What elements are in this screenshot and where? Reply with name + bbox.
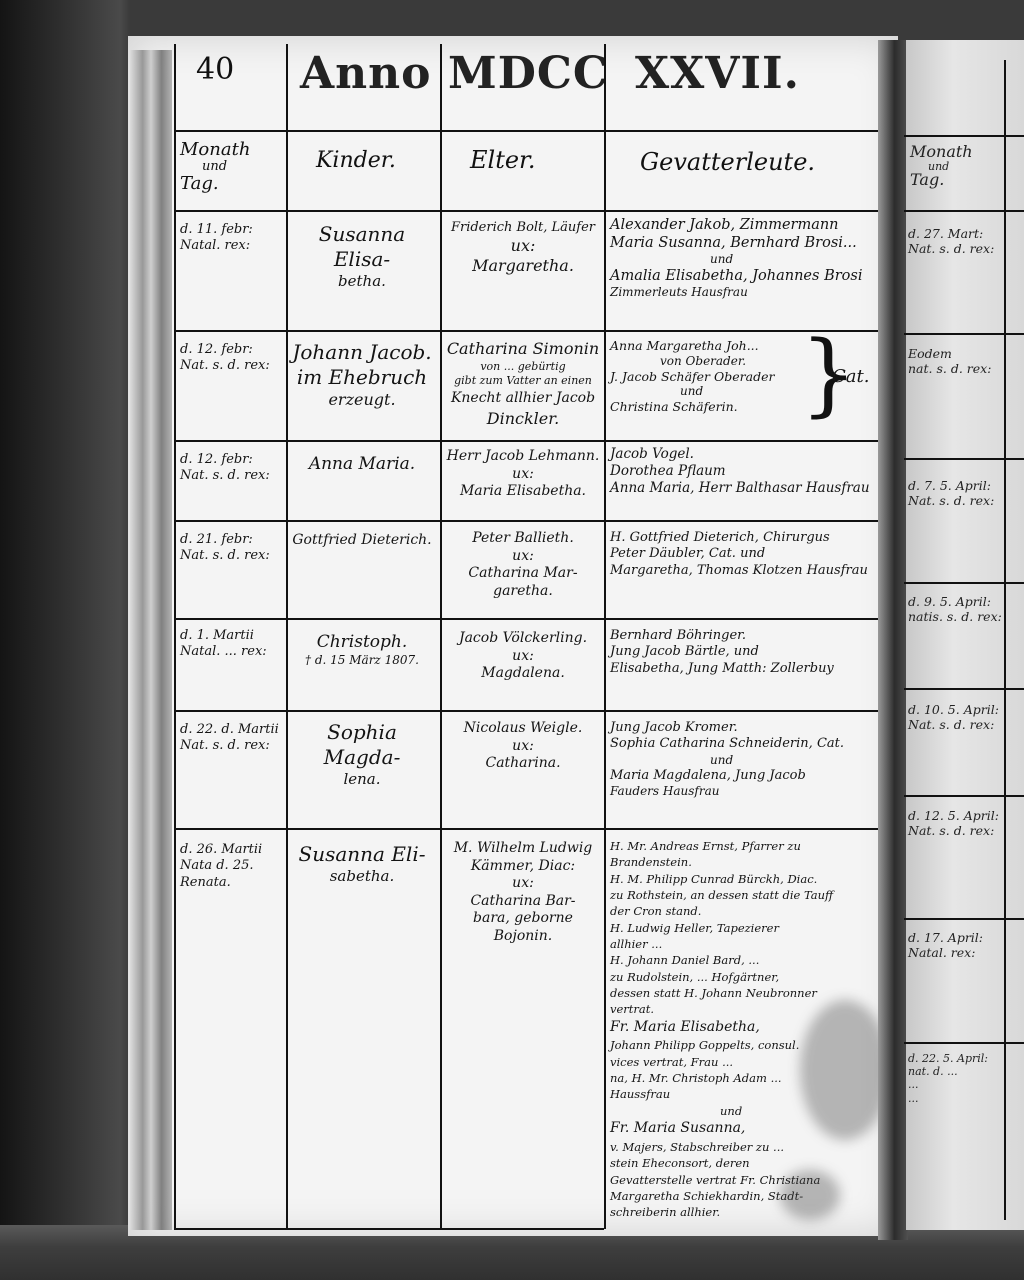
child-line: erzeugt. [292, 390, 432, 410]
entry-2-godparents: Anna Margaretha Joh... von Oberader. J. … [610, 338, 810, 415]
facing-date-2: Eodem nat. s. d. rex: [908, 346, 991, 376]
entry-1-child: Susanna Elisa- betha. [292, 222, 432, 291]
godparent-line: allhier ... [610, 936, 882, 952]
entry-2-parents: Catharina Simonin von ... gebürtig gibt … [444, 338, 602, 430]
facing-date-line: d. 12. 5. April: [908, 808, 999, 823]
facing-grid-row-line [904, 458, 1024, 460]
godparent-line: Anna Maria, Herr Balthasar Hausfrau [610, 480, 882, 497]
parent-line: Jacob Völckerling. [444, 630, 602, 648]
entry-3-godparents: Jacob Vogel. Dorothea Pflaum Anna Maria,… [610, 446, 882, 497]
date-line: d. 12. febr: [180, 342, 270, 358]
entry-4-date: d. 21. febr: Nat. s. d. rex: [180, 532, 270, 565]
facing-date-5: d. 10. 5. April: Nat. s. d. rex: [908, 702, 999, 732]
godparent-line: und [610, 252, 882, 267]
col-header-parents: Elter. [470, 146, 536, 174]
entry-5-child: Christoph. † d. 15 März 1807. [292, 632, 432, 668]
godparent-line: H. Gottfried Dieterich, Chirurgus [610, 530, 882, 546]
godparent-line: Maria Susanna, Bernhard Brosi... [610, 234, 882, 252]
godparent-line: Peter Däubler, Cat. und [610, 546, 882, 562]
child-line: im Ehebruch [292, 365, 432, 390]
entry-2-child: Johann Jacob. im Ehebruch erzeugt. [292, 340, 432, 410]
book-spine-edge [130, 50, 172, 1230]
facing-header-line: Tag. [910, 172, 973, 189]
facing-date-line: Nat. s. d. rex: [908, 823, 999, 838]
facing-date-line: Eodem [908, 346, 991, 361]
date-line: Nat. s. d. rex: [180, 468, 270, 484]
entry-6-date: d. 22. d. Martii Nat. s. d. rex: [180, 722, 279, 755]
parent-line: garetha. [444, 583, 602, 601]
grid-row-line [174, 710, 886, 712]
facing-col-header-date: Monath und Tag. [910, 144, 973, 189]
grid-row-line [174, 520, 886, 522]
godparent-line: Maria Magdalena, Jung Jacob [610, 768, 882, 784]
godparent-line: der Cron stand. [610, 903, 882, 919]
facing-date-line: natis. s. d. rex: [908, 609, 1002, 624]
date-line: d. 21. febr: [180, 532, 270, 548]
entry-5-date: d. 1. Martii Natal. ... rex: [180, 628, 267, 661]
child-line: Sophia Magda- [292, 720, 432, 770]
parent-line: Catharina Bar- [444, 893, 602, 911]
godparent-line: schreiberin allhier. [610, 1204, 882, 1220]
entry-5-parents: Jacob Völckerling. ux: Magdalena. [444, 630, 602, 683]
entry-3-child: Anna Maria. [292, 454, 432, 475]
facing-grid-row-line [904, 135, 1024, 137]
parent-line: Margaretha. [444, 256, 602, 276]
grid-row-line [174, 828, 886, 830]
facing-date-line: d. 9. 5. April: [908, 594, 1002, 609]
col-header-date-line: Monath [180, 140, 250, 160]
facing-date-line: d. 27. Mart: [908, 226, 994, 241]
entry-5-godparents: Bernhard Böhringer. Jung Jacob Bärtle, u… [610, 628, 882, 677]
godparent-line: J. Jacob Schäfer Oberader [610, 369, 810, 385]
header-year-roman-2: XXVII. [635, 48, 800, 99]
page-number: 40 [196, 52, 234, 87]
grid-col-divider-3 [604, 44, 606, 1229]
parent-line: ux: [444, 875, 602, 893]
parent-line: ux: [444, 548, 602, 566]
facing-grid-row-line [904, 582, 1024, 584]
godparent-line: und [610, 753, 882, 768]
parent-line: Peter Ballieth. [444, 530, 602, 548]
entry-3-date: d. 12. febr: Nat. s. d. rex: [180, 452, 270, 485]
col-header-date: Monath und Tag. [180, 140, 250, 194]
facing-date-line: d. 10. 5. April: [908, 702, 999, 717]
parent-line: Magdalena. [444, 665, 602, 683]
date-line: Natal. ... rex: [180, 644, 267, 660]
grid-row-line [174, 130, 886, 132]
godparent-line: Sophia Catharina Schneiderin, Cat. [610, 736, 882, 752]
facing-grid-row-line [904, 333, 1024, 335]
facing-grid-row-line [904, 688, 1024, 690]
parent-line: von ... gebürtig [444, 360, 602, 375]
date-line: Renata. [180, 875, 262, 891]
date-line: Nat. s. d. rex: [180, 738, 279, 754]
date-line: Natal. rex: [180, 238, 253, 254]
godparent-line: zu Rothstein, an dessen statt die Tauff [610, 887, 882, 903]
child-line: Susanna Eli- [292, 842, 432, 867]
date-line: d. 22. d. Martii [180, 722, 279, 738]
parent-line: bara, geborne [444, 910, 602, 928]
grid-row-line [174, 440, 886, 442]
entry-6-godparents: Jung Jacob Kromer. Sophia Catharina Schn… [610, 720, 882, 799]
facing-header-line: Monath [910, 144, 973, 161]
parent-line: ux: [444, 648, 602, 666]
facing-date-line: Nat. s. d. rex: [908, 717, 999, 732]
godparent-line: H. Johann Daniel Bard, ... [610, 952, 882, 968]
facing-date-line: nat. d. ... [908, 1065, 988, 1078]
godparent-line: Alexander Jakob, Zimmermann [610, 216, 882, 234]
parent-line: Catharina. [444, 755, 602, 773]
parent-line: Dinckler. [444, 408, 602, 430]
godparent-line: dessen statt H. Johann Neubronner [610, 985, 882, 1001]
facing-grid-col-line [1004, 60, 1006, 1220]
entry-7-parents: M. Wilhelm Ludwig Kämmer, Diac: ux: Cath… [444, 840, 602, 945]
godparent-line: Anna Margaretha Joh... [610, 338, 810, 354]
facing-date-4: d. 9. 5. April: natis. s. d. rex: [908, 594, 1002, 624]
date-line: d. 12. febr: [180, 452, 270, 468]
godparent-line: Zimmerleuts Hausfrau [610, 285, 882, 300]
godparent-line: Jung Jacob Kromer. [610, 720, 882, 736]
godparent-line: Dorothea Pflaum [610, 463, 882, 480]
godparent-line: Gevatterstelle vertrat Fr. Christiana [610, 1172, 882, 1188]
facing-grid-row-line [904, 210, 1024, 212]
godparent-line: Fauders Hausfrau [610, 784, 882, 799]
entry-3-parents: Herr Jacob Lehmann. ux: Maria Elisabetha… [444, 448, 602, 501]
child-line: Christoph. [292, 632, 432, 653]
entry-7-child: Susanna Eli- sabetha. [292, 842, 432, 886]
godparent-line: und [610, 384, 810, 399]
child-line: Johann Jacob. [292, 340, 432, 365]
godparent-line: H. Mr. Andreas Ernst, Pfarrer zu [610, 838, 882, 854]
parent-line: Kämmer, Diac: [444, 858, 602, 876]
facing-date-line: d. 7. 5. April: [908, 478, 994, 493]
grid-row-line [174, 1228, 604, 1230]
entry-4-child: Gottfried Dieterich. [292, 532, 432, 550]
grid-col-divider-1 [286, 44, 288, 1229]
entry-1-godparents: Alexander Jakob, Zimmermann Maria Susann… [610, 216, 882, 300]
godparent-line: Margaretha, Thomas Klotzen Hausfrau [610, 563, 882, 579]
facing-date-6: d. 12. 5. April: Nat. s. d. rex: [908, 808, 999, 838]
facing-date-line: ... [908, 1092, 988, 1105]
godparent-line: Bernhard Böhringer. [610, 628, 882, 644]
date-line: d. 11. febr: [180, 222, 253, 238]
godparent-line: H. M. Philipp Cunrad Bürckh, Diac. [610, 871, 882, 887]
facing-grid-row-line [904, 1042, 1024, 1044]
godparent-line: Christina Schäferin. [610, 399, 810, 415]
parent-line: ux: [444, 738, 602, 756]
book-gutter [878, 40, 908, 1240]
parent-line: ux: [444, 466, 602, 484]
facing-date-line: Nat. s. d. rex: [908, 493, 994, 508]
facing-date-8: d. 22. 5. April: nat. d. ... ... ... [908, 1052, 988, 1105]
godparent-line: von Oberader. [610, 354, 810, 369]
godparent-line: Margaretha Schiekhardin, Stadt- [610, 1188, 882, 1204]
entry-2-bracket-note: Cat. [832, 366, 869, 389]
entry-4-godparents: H. Gottfried Dieterich, Chirurgus Peter … [610, 530, 882, 579]
godparent-line: Amalia Elisabetha, Johannes Brosi [610, 267, 882, 285]
ink-stain [780, 1170, 840, 1220]
godparent-line: Jacob Vogel. [610, 446, 882, 463]
col-header-godparents: Gevatterleute. [640, 148, 815, 176]
godparent-line: zu Rudolstein, ... Hofgärtner, [610, 969, 882, 985]
godparent-line: Jung Jacob Bärtle, und [610, 644, 882, 660]
facing-date-line: d. 17. April: [908, 930, 983, 945]
facing-date-line: nat. s. d. rex: [908, 361, 991, 376]
header-anno: Anno [300, 48, 431, 99]
parent-line: ux: [444, 236, 602, 256]
parent-line: Nicolaus Weigle. [444, 720, 602, 738]
grid-left-border [174, 44, 176, 1229]
entry-2-date: d. 12. febr: Nat. s. d. rex: [180, 342, 270, 375]
parent-line: Herr Jacob Lehmann. [444, 448, 602, 466]
date-line: d. 26. Martii [180, 842, 262, 858]
date-line: Nat. s. d. rex: [180, 548, 270, 564]
parent-line: Maria Elisabetha. [444, 483, 602, 501]
parent-line: Catharina Simonin [444, 338, 602, 360]
facing-date-1: d. 27. Mart: Nat. s. d. rex: [908, 226, 994, 256]
facing-date-line: d. 22. 5. April: [908, 1052, 988, 1065]
parent-line: gibt zum Vatter an einen [444, 374, 602, 389]
parent-line: Knecht allhier Jacob [444, 389, 602, 408]
facing-date-7: d. 17. April: Natal. rex: [908, 930, 983, 960]
date-line: Nata d. 25. [180, 858, 262, 874]
facing-date-line: Natal. rex: [908, 945, 983, 960]
parent-line: Bojonin. [444, 928, 602, 946]
child-line: Susanna Elisa- [292, 222, 432, 272]
grid-row-line [174, 330, 886, 332]
col-header-date-line: Tag. [180, 174, 250, 194]
col-header-date-line: und [180, 160, 250, 174]
entry-4-parents: Peter Ballieth. ux: Catharina Mar- garet… [444, 530, 602, 600]
parent-line: Friderich Bolt, Läufer [444, 220, 602, 236]
godparent-line: stein Eheconsort, deren [610, 1155, 882, 1171]
grid-row-line [174, 618, 886, 620]
parent-line: M. Wilhelm Ludwig [444, 840, 602, 858]
header-year-roman-1: MDCC [448, 48, 609, 99]
ink-stain [800, 1000, 890, 1140]
col-header-children: Kinder. [316, 148, 396, 173]
grid-row-line [174, 210, 886, 212]
parent-line: Catharina Mar- [444, 565, 602, 583]
date-line: d. 1. Martii [180, 628, 267, 644]
entry-6-parents: Nicolaus Weigle. ux: Catharina. [444, 720, 602, 773]
godparent-line: v. Majers, Stabschreiber zu ... [610, 1139, 882, 1155]
godparent-line: Brandenstein. [610, 854, 882, 870]
facing-date-3: d. 7. 5. April: Nat. s. d. rex: [908, 478, 994, 508]
facing-date-line: ... [908, 1078, 988, 1091]
entry-7-date: d. 26. Martii Nata d. 25. Renata. [180, 842, 262, 891]
child-line: betha. [292, 272, 432, 291]
facing-date-line: Nat. s. d. rex: [908, 241, 994, 256]
child-line: lena. [292, 770, 432, 789]
facing-grid-row-line [904, 918, 1024, 920]
entry-6-child: Sophia Magda- lena. [292, 720, 432, 789]
child-line: † d. 15 März 1807. [292, 653, 432, 668]
grid-col-divider-2 [440, 44, 442, 1229]
godparent-line: Elisabetha, Jung Matth: Zollerbuy [610, 661, 882, 677]
entry-1-parents: Friderich Bolt, Läufer ux: Margaretha. [444, 220, 602, 276]
date-line: Nat. s. d. rex: [180, 358, 270, 374]
godparent-line: H. Ludwig Heller, Tapezierer [610, 920, 882, 936]
facing-grid-row-line [904, 795, 1024, 797]
child-line: sabetha. [292, 867, 432, 886]
entry-1-date: d. 11. febr: Natal. rex: [180, 222, 253, 255]
